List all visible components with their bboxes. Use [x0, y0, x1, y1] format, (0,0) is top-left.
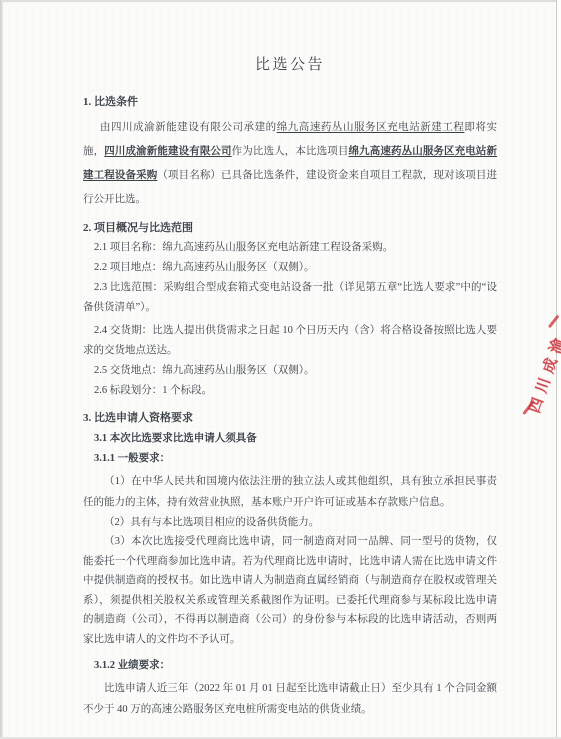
underlined-project-name: 绵九高速药丛山服务区充电站新建工程 [277, 122, 465, 133]
scan-edge-top [0, 0, 561, 2]
text-run: 由四川成渝新能建设有限公司承建的 [100, 122, 277, 133]
section-3-heading: 3. 比选申请人资格要求 [83, 409, 497, 428]
item-2-4: 2.4 交货期：比选人提出供货需求之日起 10 个日历天内（含）将合格设备按照比… [83, 321, 497, 361]
section-3-1-2-heading: 3.1.2 业绩要求： [83, 656, 497, 675]
section-2-heading: 2. 项目概况与比选范围 [83, 219, 497, 238]
document-title: 比选公告 [83, 54, 497, 76]
general-requirement-1: （1）在中华人民共和国境内依法注册的独立法人或其他组织，具有独立承担民事责任的能… [83, 471, 497, 513]
underlined-company-name: 四川成渝新能建设有限公司 [104, 146, 231, 157]
item-2-6: 2.6 标段划分：1 个标段。 [83, 381, 497, 401]
general-requirement-3: （3）本次比选接受代理商比选申请，同一制造商对同一品牌、同一型号的货物，仅能委托… [83, 532, 497, 649]
performance-requirement-paragraph: 比选申请人近三年（2022 年 01 月 01 日起至比选申请截止日）至少具有 … [83, 678, 497, 720]
document-content: 比选公告 1. 比选条件 由四川成渝新能建设有限公司承建的绵九高速药丛山服务区充… [0, 54, 561, 720]
document-page: 比选公告 1. 比选条件 由四川成渝新能建设有限公司承建的绵九高速药丛山服务区充… [0, 0, 561, 739]
general-requirement-2: （2）具有与本比选项目相应的设备供货能力。 [83, 513, 497, 532]
section-3-1-1-heading: 3.1.1 一般要求： [83, 449, 497, 468]
section-3-1-heading: 3.1 本次比选要求比选申请人须具备 [83, 429, 497, 448]
text-run: 作为比选人，本比选项目 [232, 146, 349, 157]
item-2-3: 2.3 比选范围：采购组合型成套箱式变电站设备一批（详见第五章“比选人要求”中的… [83, 278, 497, 318]
section-1-heading: 1. 比选条件 [83, 93, 497, 112]
section-1-paragraph: 由四川成渝新能建设有限公司承建的绵九高速药丛山服务区充电站新建工程即将实施，四川… [83, 116, 497, 212]
item-2-2: 2.2 项目地点：绵九高速药丛山服务区（双侧）。 [83, 258, 497, 278]
item-2-1: 2.1 项目名称：绵九高速药丛山服务区充电站新建工程设备采购。 [83, 238, 497, 258]
item-2-5: 2.5 交货地点：绵九高速药丛山服务区（双侧）。 [83, 361, 497, 381]
